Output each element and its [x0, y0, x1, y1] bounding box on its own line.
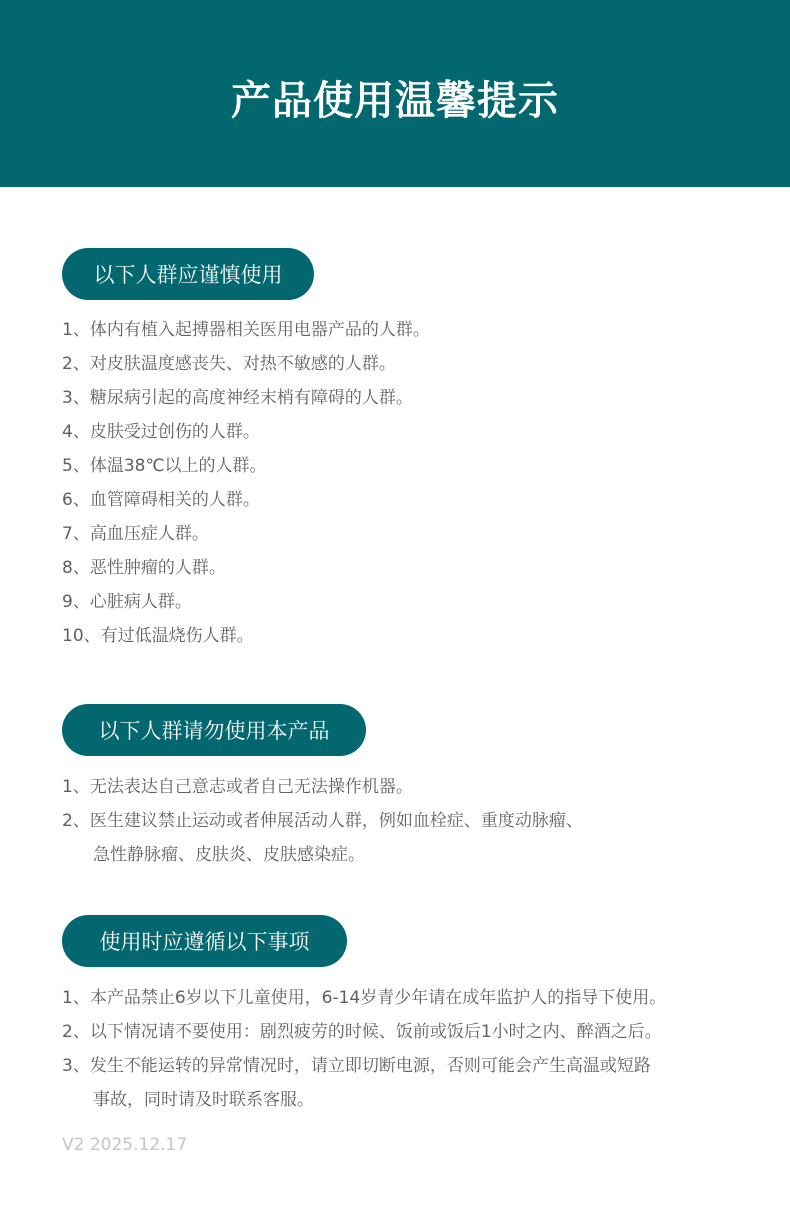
version-label: V2 2025.12.17	[62, 1135, 187, 1155]
header-banner: 产品使用温馨提示	[0, 0, 790, 187]
guidelines-list: 1、本产品禁止6岁以下儿童使用，6-14岁青少年请在成年监护人的指导下使用。 2…	[62, 981, 666, 1117]
page-title: 产品使用温馨提示	[231, 69, 559, 126]
list-item: 10、有过低温烧伤人群。	[62, 619, 430, 653]
list-item: 4、皮肤受过创伤的人群。	[62, 415, 430, 449]
list-item: 2、医生建议禁止运动或者伸展活动人群，例如血栓症、重度动脉瘤、 急性静脉瘤、皮肤…	[62, 804, 583, 872]
list-item-text: 2、以下情况请不要使用：剧烈疲劳的时候、饭前或饭后1小时之内、醉酒之后。	[62, 1022, 662, 1042]
list-item: 2、以下情况请不要使用：剧烈疲劳的时候、饭前或饭后1小时之内、醉酒之后。	[62, 1015, 666, 1049]
section-title-prohibited: 以下人群请勿使用本产品	[62, 704, 366, 756]
prohibited-list: 1、无法表达自己意志或者自己无法操作机器。 2、医生建议禁止运动或者伸展活动人群…	[62, 770, 583, 872]
list-item-text: 1、本产品禁止6岁以下儿童使用，6-14岁青少年请在成年监护人的指导下使用。	[62, 988, 666, 1008]
list-item-continuation: 急性静脉瘤、皮肤炎、皮肤感染症。	[62, 838, 583, 872]
list-item: 3、发生不能运转的异常情况时，请立即切断电源，否则可能会产生高温或短路 事故，同…	[62, 1049, 666, 1117]
list-item: 6、血管障碍相关的人群。	[62, 483, 430, 517]
list-item-text: 3、发生不能运转的异常情况时，请立即切断电源，否则可能会产生高温或短路	[62, 1056, 651, 1076]
section-title-guidelines: 使用时应遵循以下事项	[62, 915, 347, 967]
list-item: 1、无法表达自己意志或者自己无法操作机器。	[62, 770, 583, 804]
list-item: 7、高血压症人群。	[62, 517, 430, 551]
list-item: 3、糖尿病引起的高度神经末梢有障碍的人群。	[62, 381, 430, 415]
list-item: 9、心脏病人群。	[62, 585, 430, 619]
list-item-continuation: 事故，同时请及时联系客服。	[62, 1083, 666, 1117]
list-item: 1、体内有植入起搏器相关医用电器产品的人群。	[62, 313, 430, 347]
caution-list: 1、体内有植入起搏器相关医用电器产品的人群。 2、对皮肤温度感丧失、对热不敏感的…	[62, 313, 430, 653]
list-item: 5、体温38℃以上的人群。	[62, 449, 430, 483]
section-title-caution: 以下人群应谨慎使用	[62, 248, 314, 300]
list-item-text: 2、医生建议禁止运动或者伸展活动人群，例如血栓症、重度动脉瘤、	[62, 811, 583, 831]
list-item: 8、恶性肿瘤的人群。	[62, 551, 430, 585]
list-item: 2、对皮肤温度感丧失、对热不敏感的人群。	[62, 347, 430, 381]
list-item: 1、本产品禁止6岁以下儿童使用，6-14岁青少年请在成年监护人的指导下使用。	[62, 981, 666, 1015]
list-item-text: 1、无法表达自己意志或者自己无法操作机器。	[62, 777, 413, 797]
